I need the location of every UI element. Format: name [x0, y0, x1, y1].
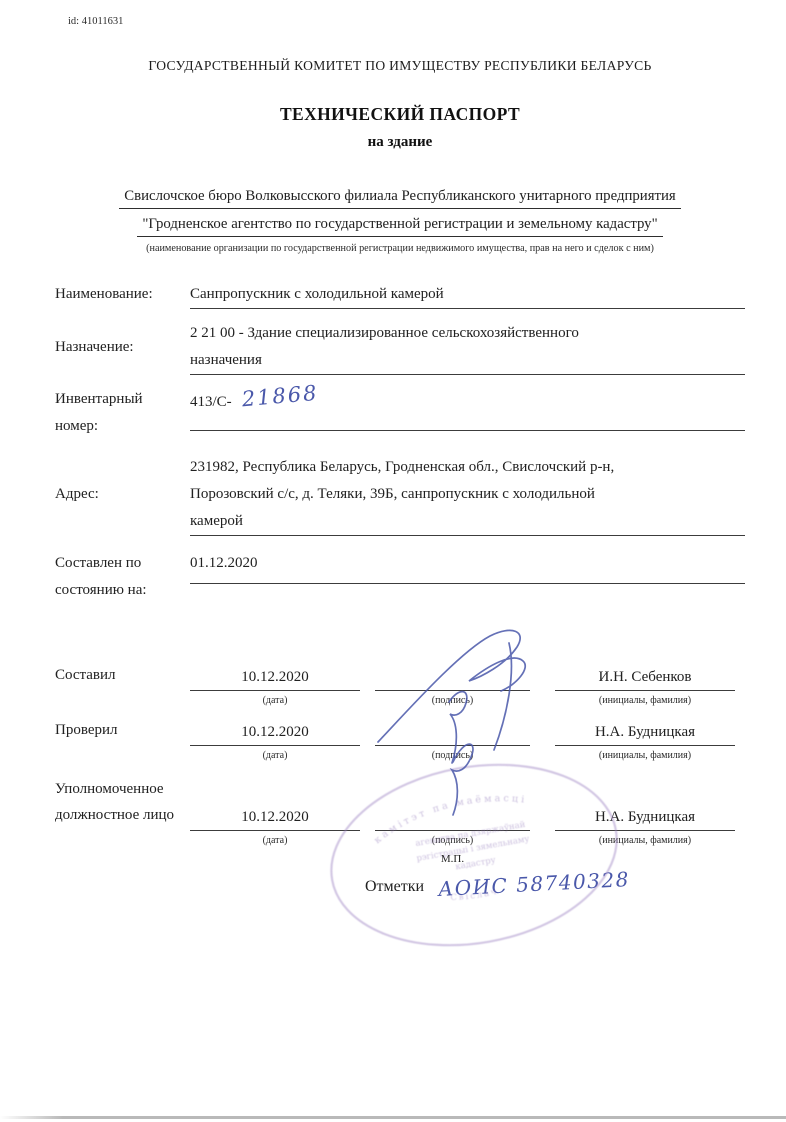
document-title: ТЕХНИЧЕСКИЙ ПАСПОРТ: [55, 104, 745, 125]
inventory-handwriting: 21868: [240, 380, 319, 414]
name-caption: (инициалы, фамилия): [555, 835, 735, 846]
signature-row-verifier: Проверил 10.12.2020 Н.А. Будницкая (дата…: [55, 717, 745, 761]
field-address-label: Адрес:: [55, 454, 190, 535]
organization-line-1: Свислочское бюро Волковысского филиала Р…: [119, 186, 680, 209]
scan-edge-artifact: [0, 1116, 786, 1119]
fields-section: Наименование: Санпропускник с холодильно…: [55, 281, 745, 604]
signature-role: Уполномоченное должностное лицо: [55, 776, 190, 831]
field-name-value: Санпропускник с холодильной камерой: [190, 281, 745, 309]
date-caption: (дата): [190, 750, 360, 761]
field-inventory-label-line-2: номер:: [55, 413, 190, 440]
document-subtitle: на здание: [55, 134, 745, 151]
date-caption: (дата): [190, 695, 360, 706]
field-address: Адрес: 231982, Республика Беларусь, Грод…: [55, 454, 745, 536]
field-inventory-label: Инвентарный номер:: [55, 386, 190, 440]
date-caption: (дата): [190, 835, 360, 846]
field-address-line-3: камерой: [190, 508, 745, 536]
field-compiled-label: Составлен по состоянию на:: [55, 550, 190, 604]
field-inventory-label-line-1: Инвентарный: [55, 386, 190, 413]
sign-caption: (подпись): [375, 750, 530, 761]
committee-header: ГОСУДАРСТВЕННЫЙ КОМИТЕТ ПО ИМУЩЕСТВУ РЕС…: [55, 58, 745, 74]
field-address-line-2: Порозовский с/с, д. Теляки, 39Б, санпроп…: [190, 481, 745, 508]
signature-name: И.Н. Себенков: [555, 667, 735, 691]
signature-role-line-2: должностное лицо: [55, 802, 190, 828]
field-compiled-label-line-1: Составлен по: [55, 550, 190, 577]
signature-row-official: Уполномоченное должностное лицо 10.12.20…: [55, 776, 745, 846]
inventory-prefix: 413/С-: [190, 394, 232, 410]
organization-line-2: "Гродненское агентство по государственно…: [137, 214, 662, 237]
field-compiled-date: Составлен по состоянию на: 01.12.2020: [55, 550, 745, 604]
organization-caption: (наименование организации по государстве…: [55, 243, 745, 254]
signature-date: 10.12.2020: [190, 807, 360, 831]
field-inventory-number: Инвентарный номер: 413/С-21868: [55, 386, 745, 440]
marks-label: Отметки: [365, 878, 424, 896]
signatures-section: Составил 10.12.2020 И.Н. Себенков (дата)…: [55, 662, 745, 865]
field-purpose-value-line-1: 2 21 00 - Здание специализированное сель…: [190, 320, 745, 347]
scanned-document-page: id: 41011631 ГОСУДАРСТВЕННЫЙ КОМИТЕТ ПО …: [0, 0, 786, 1122]
field-name-label: Наименование:: [55, 281, 190, 308]
document-content: id: 41011631 ГОСУДАРСТВЕННЫЙ КОМИТЕТ ПО …: [0, 0, 786, 896]
marks-handwriting: АОИС 58740328: [438, 867, 631, 901]
organization-block: Свислочское бюро Волковысского филиала Р…: [55, 186, 745, 254]
sign-caption: (подпись): [375, 835, 530, 846]
signature-line: [375, 827, 530, 831]
signature-line: [375, 687, 530, 691]
signature-role-line-1: Уполномоченное: [55, 776, 190, 802]
sign-caption: (подпись): [375, 695, 530, 706]
field-compiled-value: 01.12.2020: [190, 550, 745, 584]
signature-date: 10.12.2020: [190, 667, 360, 691]
signature-role: Составил: [55, 662, 190, 691]
field-purpose-value-line-2: назначения: [190, 347, 745, 375]
field-purpose-label: Назначение:: [55, 320, 190, 374]
field-purpose: Назначение: 2 21 00 - Здание специализир…: [55, 320, 745, 375]
signature-name: Н.А. Будницкая: [555, 722, 735, 746]
field-name: Наименование: Санпропускник с холодильно…: [55, 281, 745, 309]
marks-row: Отметки АОИС 58740328: [365, 872, 745, 896]
signature-role: Проверил: [55, 717, 190, 746]
field-address-line-1: 231982, Республика Беларусь, Гродненская…: [190, 454, 745, 481]
name-caption: (инициалы, фамилия): [555, 695, 735, 706]
document-id: id: 41011631: [68, 16, 745, 30]
name-caption: (инициалы, фамилия): [555, 750, 735, 761]
signature-date: 10.12.2020: [190, 722, 360, 746]
signature-line: [375, 742, 530, 746]
seal-place-label: М.П.: [375, 853, 530, 865]
signature-name: Н.А. Будницкая: [555, 807, 735, 831]
signature-row-compiler: Составил 10.12.2020 И.Н. Себенков (дата)…: [55, 662, 745, 706]
field-compiled-label-line-2: состоянию на:: [55, 577, 190, 604]
